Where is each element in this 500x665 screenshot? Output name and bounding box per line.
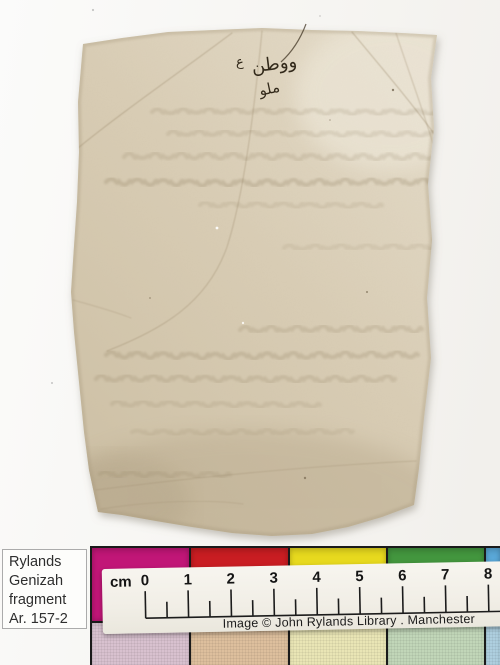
cm-ruler: cm 012345678 Image © John Rylands Librar… bbox=[102, 561, 500, 634]
dust-speck bbox=[51, 382, 53, 384]
paper-texture bbox=[0, 0, 500, 545]
color-patch-pale-green bbox=[388, 623, 484, 665]
color-patch-pale-blue bbox=[486, 623, 500, 665]
label-line-collection: Rylands bbox=[9, 553, 86, 572]
photograph-canvas: ووطن ع ملو Rylands Genizah fragment Ar. … bbox=[0, 0, 500, 665]
dust-speck bbox=[92, 9, 94, 11]
label-line-shelfmark: Ar. 157-2 bbox=[9, 610, 86, 629]
reference-label: Rylands Genizah fragment Ar. 157-2 bbox=[2, 549, 87, 629]
label-line-type: fragment bbox=[9, 591, 86, 610]
manuscript-fragment: ووطن ع ملو bbox=[0, 0, 500, 545]
ink-side-mark: ع bbox=[236, 55, 244, 70]
label-line-collection: Genizah bbox=[9, 572, 86, 591]
dust-speck bbox=[319, 15, 321, 17]
